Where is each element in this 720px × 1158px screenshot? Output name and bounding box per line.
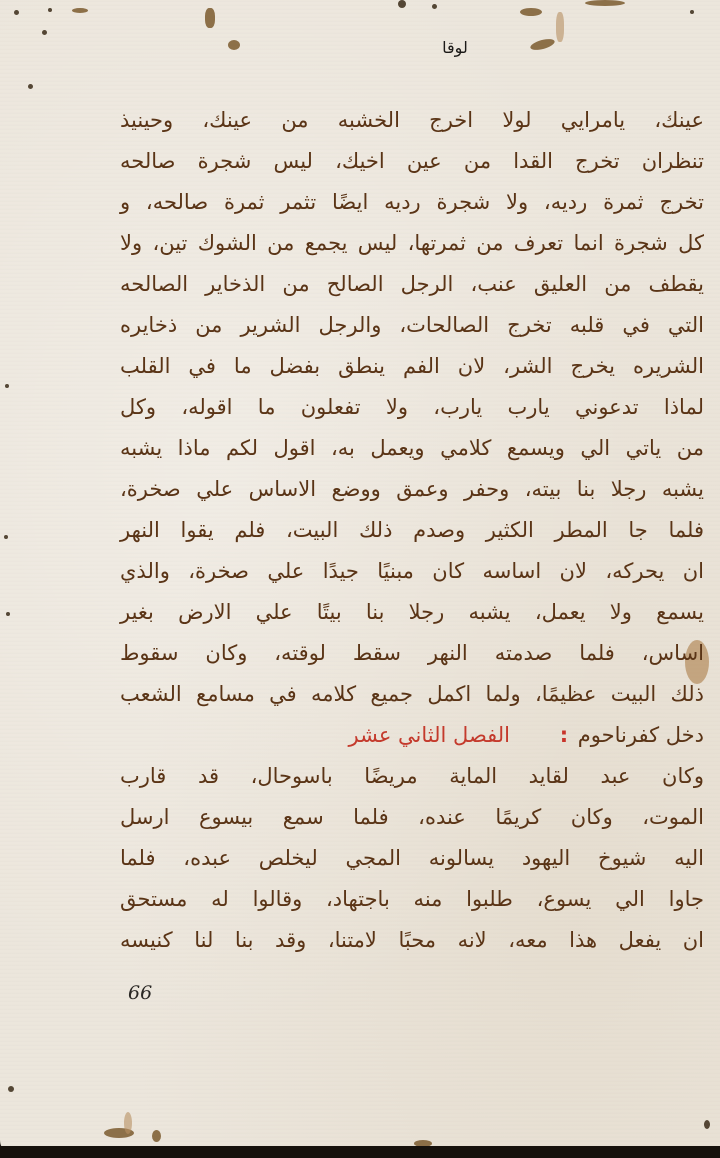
damage-stain (520, 8, 542, 16)
text-line: ان يفعل هذا معه، لانه محبًا لامتنا، وقد … (110, 920, 710, 961)
ink-speck (42, 30, 47, 35)
damage-stain (556, 12, 564, 42)
damage-stain (585, 0, 625, 6)
damage-stain (205, 8, 215, 28)
text-line: جاوا الي يسوع، طلبوا منه باجتهاد، وقالوا… (110, 879, 710, 920)
manuscript-text-block: عينك، يامرايي لولا اخرج الخشبه من عينك، … (110, 100, 710, 961)
damage-stain (72, 8, 88, 13)
ink-speck (5, 384, 9, 388)
ink-speck (8, 1086, 14, 1092)
ink-speck (28, 84, 33, 89)
folio-number: 66 (128, 982, 152, 1004)
text-line: وكان عبد لقايد الماية مريضًا باسوحال، قد… (110, 756, 710, 797)
text-line: التي في قلبه تخرج الصالحات، والرجل الشري… (110, 305, 710, 346)
text-line: عينك، يامرايي لولا اخرج الخشبه من عينك، … (110, 100, 710, 141)
text-line: يسمع ولا يعمل، يشبه رجلا بنا بيتًا علي ا… (110, 592, 710, 633)
damage-stain (529, 37, 555, 52)
text-line: ذلك البيت عظيمًا، ولما اكمل جميع كلامه ف… (110, 674, 710, 715)
text-line: من ياتي الي ويسمع كلامي ويعمل به، اقول ل… (110, 428, 710, 469)
text-line: الشريره يخرج الشر، لان الفم ينطق بفضل ما… (110, 346, 710, 387)
chapter-heading-line: دخل كفرناحوم : الفصل الثاني عشر (110, 715, 710, 756)
text-line: كل شجرة انما تعرف من ثمرتها، ليس يجمع من… (110, 223, 710, 264)
damage-stain (124, 1112, 132, 1134)
text-line: اليه شيوخ اليهود يسالونه المجي ليخلص عبد… (110, 838, 710, 879)
text-line: لماذا تدعوني يارب يارب، ولا تفعلون ما اق… (110, 387, 710, 428)
text-line: يشبه رجلا بنا بيته، وحفر وعمق ووضع الاسا… (110, 469, 710, 510)
chapter-heading: الفصل الثاني عشر (349, 723, 511, 747)
text-line: اساس، فلما صدمته النهر سقط لوقته، وكان س… (110, 633, 710, 674)
ink-speck (48, 8, 52, 12)
text-line: تنظران تخرج القدا من عين اخيك، ليس شجرة … (110, 141, 710, 182)
rubric-separator-mark: : (560, 723, 568, 747)
text-line: يقطف من العليق عنب، الرجل الصالح من الذخ… (110, 264, 710, 305)
ink-speck (432, 4, 437, 9)
scan-background-edge (0, 1146, 720, 1158)
ink-speck (14, 10, 19, 15)
ink-speck (398, 0, 406, 8)
ink-speck (690, 10, 694, 14)
text-line: ان يحركه، لان اساسه كان مبنيًا جيدًا علي… (110, 551, 710, 592)
text-line: الموت، وكان كريمًا عنده، فلما سمع بيسوع … (110, 797, 710, 838)
ink-speck (6, 612, 10, 616)
damage-stain (228, 40, 240, 50)
damage-stain (152, 1130, 161, 1142)
chapter-lead-text: دخل كفرناحوم (578, 723, 704, 747)
ink-speck (4, 535, 8, 539)
ink-speck (704, 1120, 710, 1129)
text-line: تخرج ثمرة رديه، ولا شجرة رديه ايضًا تثمر… (110, 182, 710, 223)
text-line: فلما جا المطر الكثير وصدم ذلك البيت، فلم… (110, 510, 710, 551)
manuscript-page: لوقا عينك، يامرايي لولا اخرج الخشبه من ع… (0, 0, 720, 1150)
book-title-header: لوقا (420, 38, 490, 57)
